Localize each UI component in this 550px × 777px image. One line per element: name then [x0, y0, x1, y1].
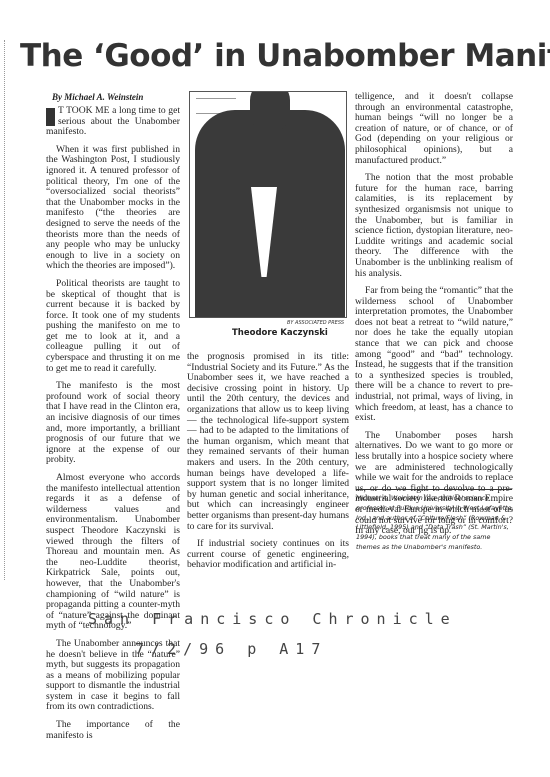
headline-part: in: [204, 38, 256, 74]
paragraph: telligence, and it doesn't collapse thro…: [355, 92, 513, 166]
article-column-2: the prognosis promised in its title: “In…: [187, 352, 349, 578]
photo-caption: Theodore Kaczynski: [232, 328, 328, 338]
paragraph: If industrial society continues on its c…: [187, 539, 349, 571]
bio-divider: [356, 489, 512, 490]
headline: The ‘Good’ in Unabomber Manifesto: [20, 38, 520, 74]
paragraph: the prognosis promised in its title: “In…: [187, 352, 349, 532]
handwritten-date-page: 7/2/96 p A17: [135, 640, 327, 658]
paragraph: Almost everyone who accords the manifest…: [46, 473, 180, 632]
headline-part: Unabomber: [256, 38, 454, 74]
author-bio: Michael A. Weinstein is a political scie…: [356, 494, 514, 553]
photo-figure-head: [250, 91, 290, 132]
byline: By Michael A. Weinstein: [52, 92, 143, 102]
scan-margin-marks: [4, 40, 7, 580]
photo-credit: BY ASSOCIATED PRESS: [287, 320, 344, 326]
headline-part: ‘Good’: [93, 38, 204, 74]
drop-cap-i: [46, 108, 55, 126]
paragraph: When it was first published in the Washi…: [46, 145, 180, 272]
paragraph: The importance of the manifesto is: [46, 720, 180, 741]
paragraph: Political theorists are taught to be ske…: [46, 279, 180, 374]
headline-part: The: [20, 38, 93, 74]
paragraph: The notion that the most probable future…: [355, 173, 513, 279]
paragraph: The manifesto is the most profound work …: [46, 381, 180, 466]
handwritten-source: San Francisco Chronicle: [88, 610, 457, 628]
paragraph: T TOOK ME a long time to get serious abo…: [46, 106, 180, 138]
article-column-3: telligence, and it doesn't collapse thro…: [355, 92, 513, 544]
paragraph: Far from being the “romantic” that the w…: [355, 286, 513, 424]
photo-theodore-kaczynski: [189, 91, 347, 318]
headline-part: Manifesto: [454, 38, 550, 74]
